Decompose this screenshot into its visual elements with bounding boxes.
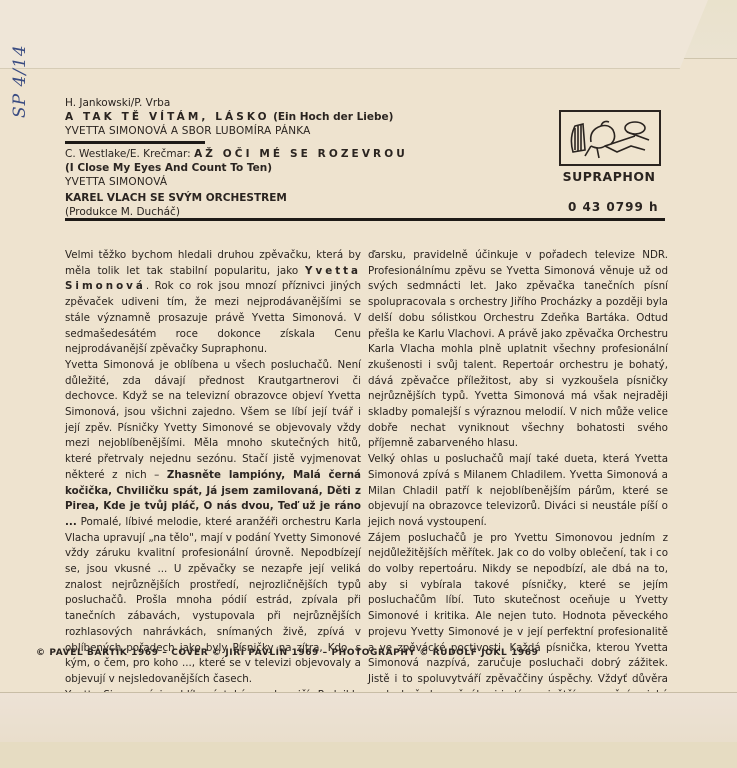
track-divider — [65, 141, 205, 144]
header-divider — [65, 218, 665, 221]
liner-paragraph: Velký ohlas u posluchačů mají také dueta… — [368, 452, 668, 531]
track-2-title-line: C. Westlake/E. Krečmar: AŽ OČI MÉ SE ROZ… — [65, 147, 405, 161]
track-1-title-line: A TAK TĚ VÍTÁM, LÁSKO (Ein Hoch der Lieb… — [65, 110, 405, 124]
sleeve-bottom-strip — [0, 742, 737, 768]
track-2-composers: C. Westlake/E. Krečmar: — [65, 148, 191, 160]
sleeve-top-flap — [0, 0, 708, 69]
supraphon-logo-icon — [559, 110, 661, 166]
track-2-original-title: (I Close My Eyes And Count To Ten) — [65, 161, 405, 175]
track-2-performers: YVETTA SIMONOVÁ — [65, 175, 405, 189]
copyright-credits: © PAVEL BARTÍK 1969 – COVER © JIŘÍ PAVLÍ… — [36, 648, 539, 658]
track-1-original-title: (Ein Hoch der Liebe) — [273, 111, 393, 123]
track-2-title: AŽ OČI MÉ SE ROZEVROU — [194, 148, 408, 160]
body-text: Velký ohlas u posluchačů mají také dueta… — [368, 453, 668, 528]
liner-notes-right-column: ďarsku, pravidelně účinkuje v pořadech t… — [368, 248, 668, 735]
handwritten-note: SP 4/14 — [10, 44, 30, 118]
track-1-composers: H. Jankowski/P. Vrba — [65, 96, 405, 110]
liner-notes-left-column: Velmi těžko bychom hledali druhou zpěvač… — [65, 248, 361, 735]
body-text: Pomalé, líbivé melodie, které aranžéři o… — [65, 516, 361, 685]
liner-paragraph: Zájem posluchačů je pro Yvettu Simonovou… — [368, 531, 668, 719]
track-1-title: A TAK TĚ VÍTÁM, LÁSKO — [65, 111, 270, 123]
liner-paragraph: ďarsku, pravidelně účinkuje v pořadech t… — [368, 248, 668, 452]
body-text: Yvetta Simonová je oblíbena u všech posl… — [65, 359, 361, 481]
catalog-number: 0 43 0799 h — [568, 200, 659, 214]
track-listing: H. Jankowski/P. Vrba A TAK TĚ VÍTÁM, LÁS… — [65, 96, 405, 219]
production-credit: (Produkce M. Ducháč) — [65, 205, 405, 219]
track-1-performers: YVETTA SIMONOVÁ A SBOR LUBOMÍRA PÁNKA — [65, 124, 405, 138]
orchestra: KAREL VLACH SE SVÝM ORCHESTREM — [65, 191, 405, 205]
liner-paragraph: Yvetta Simonová je oblíbena u všech posl… — [65, 358, 361, 688]
label-name: SUPRAPHON — [556, 169, 662, 184]
liner-paragraph: Velmi těžko bychom hledali druhou zpěvač… — [65, 248, 361, 358]
body-text: ďarsku, pravidelně účinkuje v pořadech t… — [368, 249, 668, 449]
body-text: Zájem posluchačů je pro Yvettu Simonovou… — [368, 532, 668, 717]
